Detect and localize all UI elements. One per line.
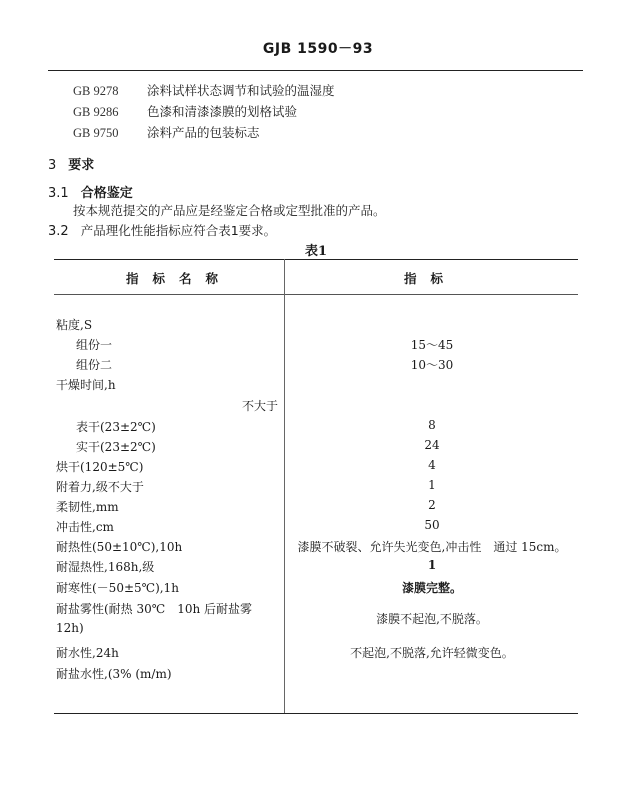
header-rule <box>48 70 583 71</box>
section-title: 要求 <box>68 158 94 173</box>
document-header-title: GJB 1590－93 <box>0 38 636 58</box>
property-table-lower-rows <box>54 259 578 714</box>
table-caption: 表1 <box>305 240 327 259</box>
reference-title: 色漆和清漆漆膜的划格试验 <box>147 104 297 119</box>
reference-title: 涂料产品的包装标志 <box>147 125 260 140</box>
section-number: 3 <box>48 158 56 173</box>
section-number: 3.2 <box>48 224 69 239</box>
reference-code: GB 9278 <box>73 84 143 99</box>
reference-item: GB 9750 涂料产品的包装标志 <box>73 123 260 141</box>
section-3-1-text: 按本规范提交的产品应是经鉴定合格或定型批准的产品。 <box>73 201 386 219</box>
reference-item: GB 9286 色漆和清漆漆膜的划格试验 <box>73 102 297 120</box>
section-3-1-heading: 3.1合格鉴定 <box>48 182 133 201</box>
section-3-2-heading: 3.2产品理化性能指标应符合表1要求。 <box>48 221 276 239</box>
section-text: 产品理化性能指标应符合表1要求。 <box>81 223 276 238</box>
section-3-heading: 3要求 <box>48 154 94 173</box>
reference-code: GB 9286 <box>73 105 143 120</box>
reference-item: GB 9278 涂料试样状态调节和试验的温湿度 <box>73 81 335 99</box>
reference-code: GB 9750 <box>73 126 143 141</box>
section-number: 3.1 <box>48 186 69 201</box>
reference-title: 涂料试样状态调节和试验的温湿度 <box>147 83 335 98</box>
section-title: 合格鉴定 <box>81 186 133 201</box>
